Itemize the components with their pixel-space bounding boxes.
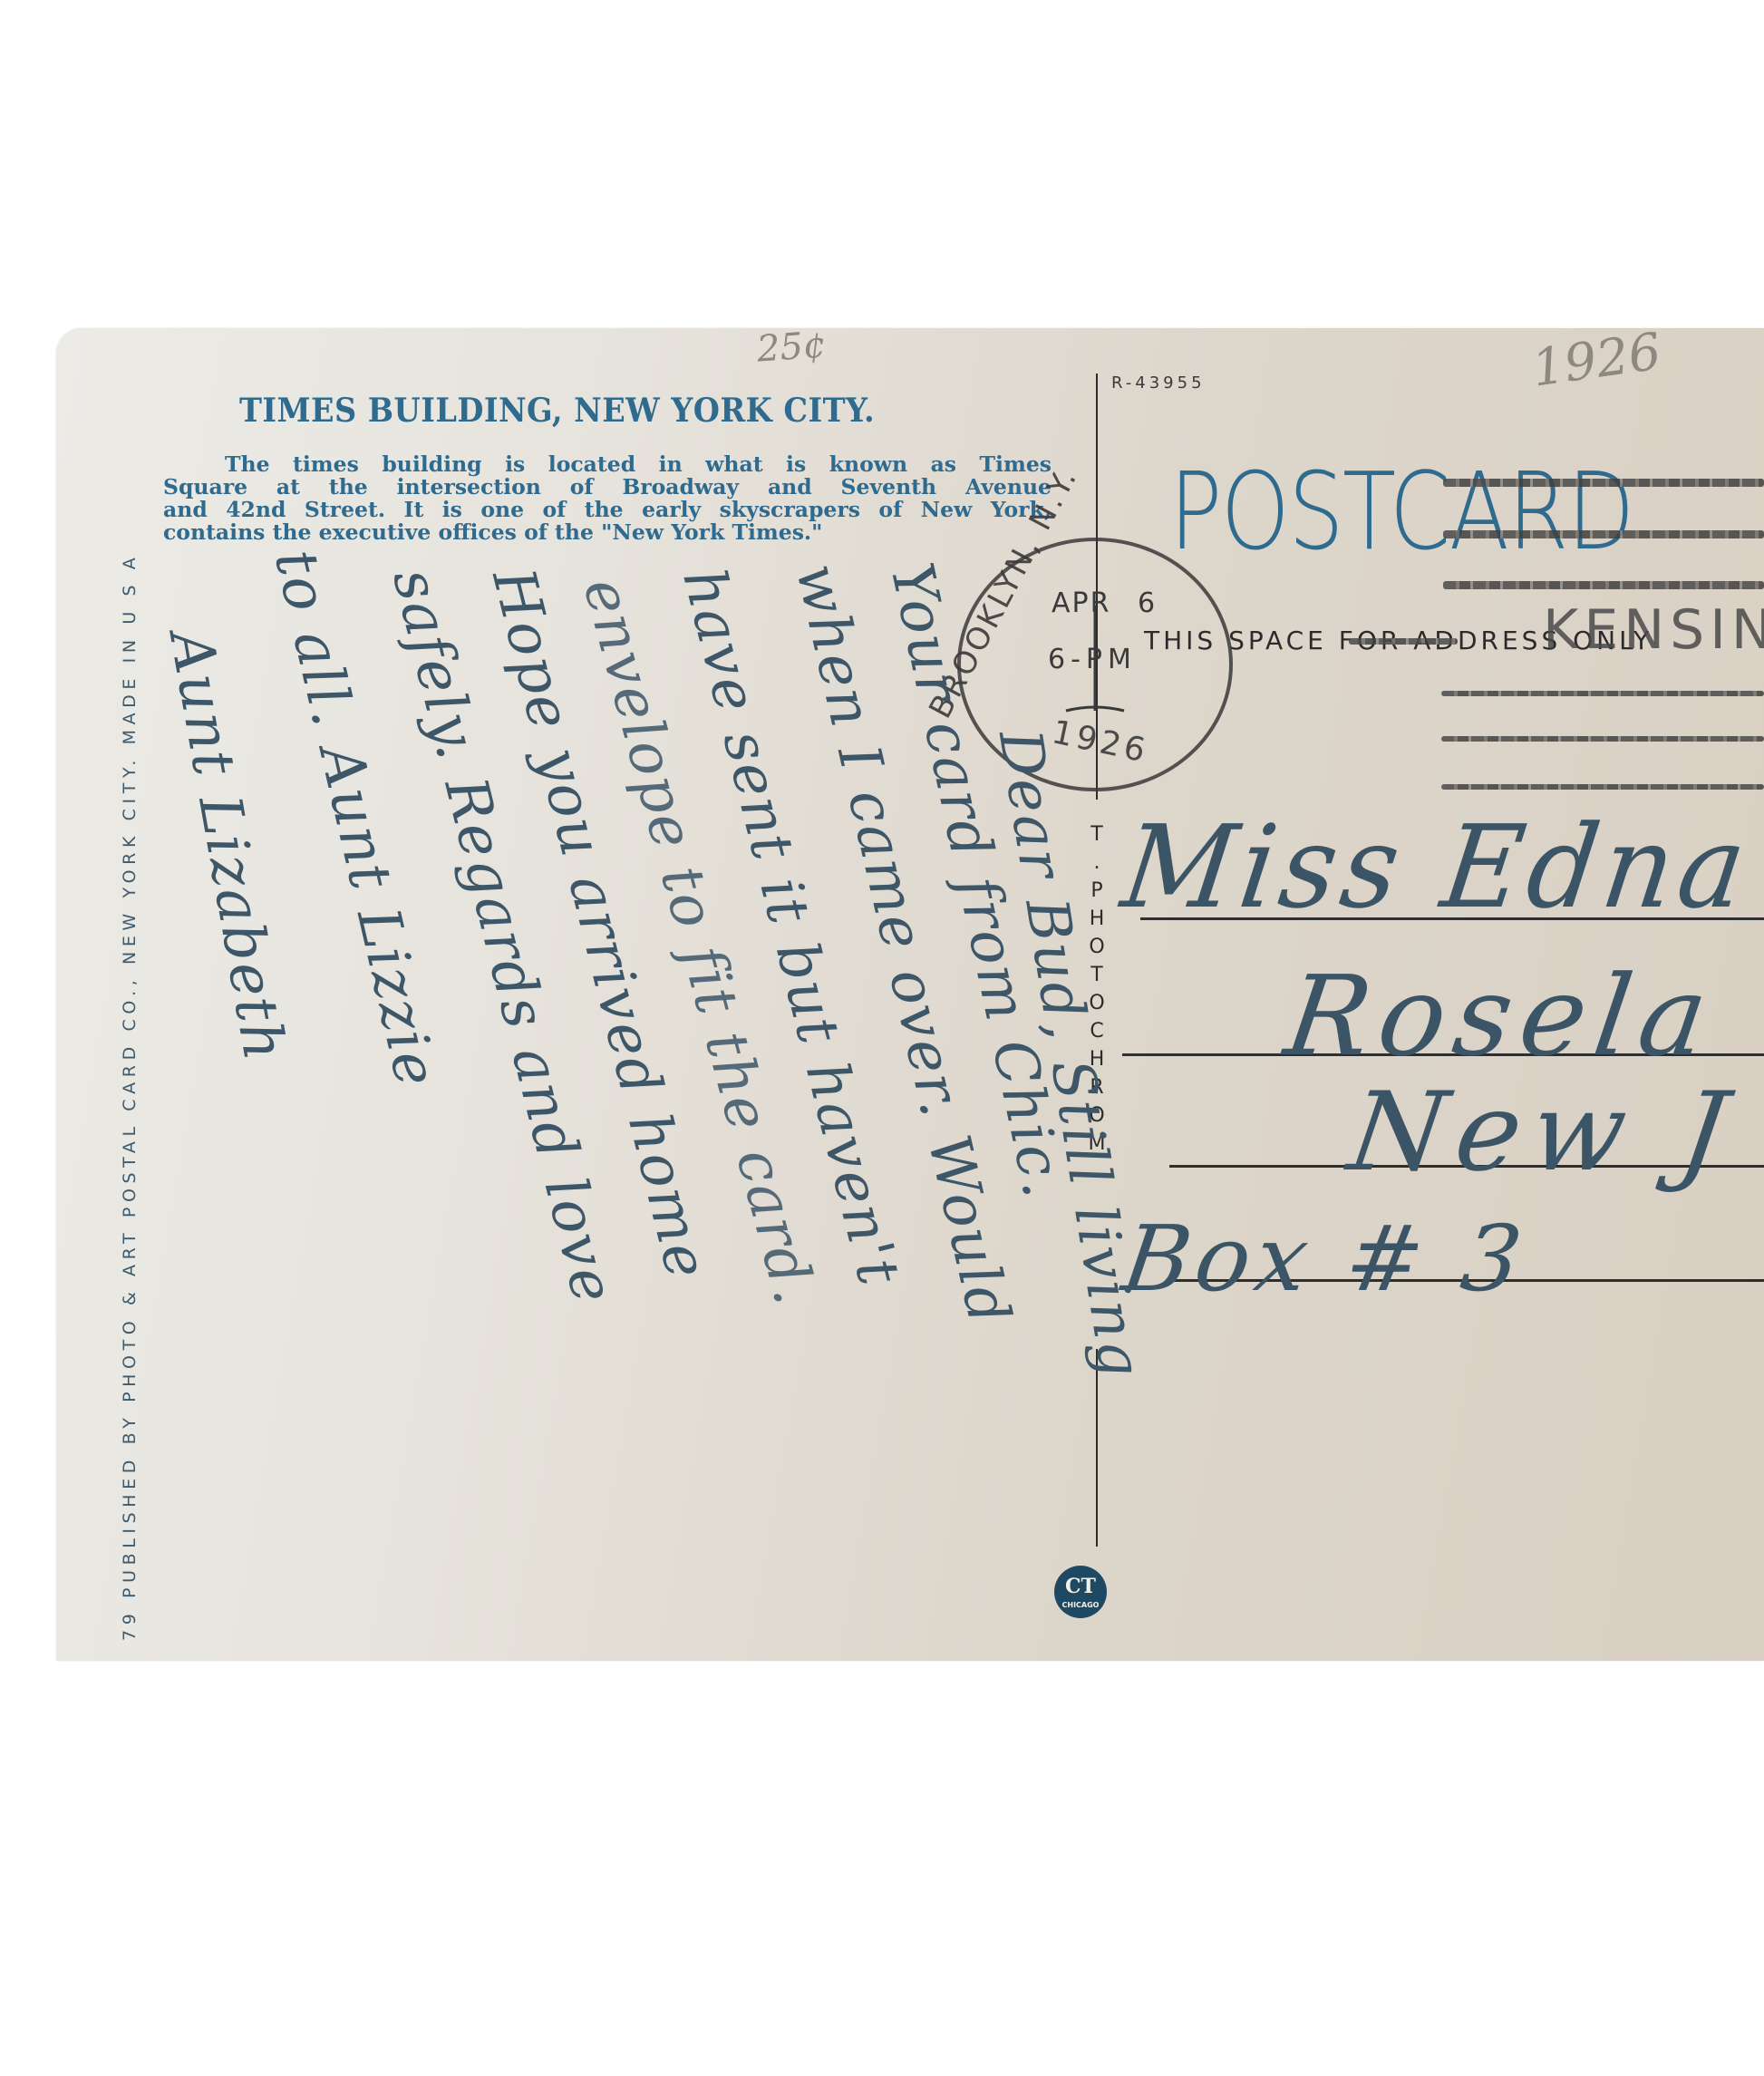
description-line: contains the executive offices of the "N… bbox=[163, 521, 1052, 544]
catalog-number: R-43955 bbox=[1111, 373, 1206, 393]
divider-char: T bbox=[1084, 820, 1110, 849]
postmark-time: 6-PM bbox=[1048, 644, 1137, 675]
address-town: Rosela bbox=[1278, 952, 1724, 1081]
cancel-line bbox=[1443, 479, 1764, 487]
card-heading: TIMES BUILDING, NEW YORK CITY. bbox=[239, 392, 875, 430]
divider-char: . bbox=[1084, 849, 1110, 877]
cancel-line bbox=[1441, 691, 1764, 696]
cancel-line bbox=[1443, 530, 1764, 538]
postmark-date: APR 6 bbox=[1052, 587, 1157, 619]
cancel-line bbox=[1441, 784, 1764, 790]
cancel-line bbox=[1443, 581, 1764, 589]
address-recipient: Miss Edna bbox=[1115, 802, 1758, 935]
description-line: The times building is located in what is… bbox=[163, 453, 1052, 476]
divider-char: H bbox=[1084, 905, 1110, 933]
publisher-imprint: 79 PUBLISHED BY PHOTO & ART POSTAL CARD … bbox=[120, 553, 140, 1641]
pencil-price-note: 25¢ bbox=[755, 324, 827, 370]
cancel-line bbox=[1349, 638, 1458, 645]
description-line: and 42nd Street. It is one of the early … bbox=[163, 499, 1052, 521]
cancel-line bbox=[1441, 736, 1764, 742]
svg-text:CT: CT bbox=[1065, 1575, 1097, 1598]
description-line: Square at the intersection of Broadway a… bbox=[163, 476, 1052, 499]
logo-text: CHICAGO bbox=[1062, 1601, 1100, 1609]
address-state: New J bbox=[1342, 1070, 1745, 1196]
divider-char: P bbox=[1084, 877, 1110, 905]
postcard-title: POSTCARD bbox=[1169, 449, 1633, 574]
machine-cancel-text: KENSING bbox=[1543, 598, 1764, 662]
ct-chicago-logo-icon: CT CHICAGO bbox=[1054, 1566, 1107, 1618]
address-box: Box # 3 bbox=[1117, 1206, 1534, 1312]
card-description: The times building is located in what is… bbox=[163, 453, 1052, 544]
